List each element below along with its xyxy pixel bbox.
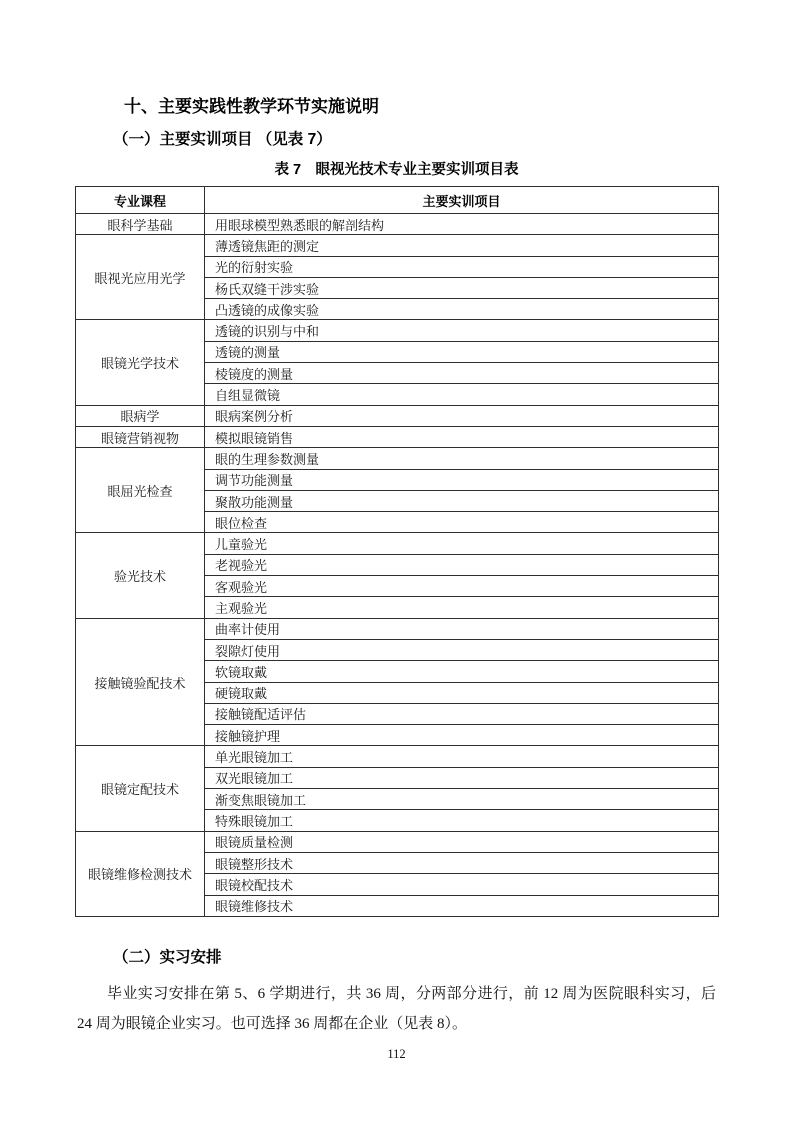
project-cell: 老视验光 [205, 554, 719, 575]
subsection-heading-internship: （二）实习安排 [113, 947, 793, 969]
table-row: 接触镜验配技术曲率计使用 [76, 618, 719, 639]
course-cell: 眼病学 [76, 405, 205, 426]
document-page: 十、主要实践性教学环节实施说明 （一）主要实训项目 （见表 7） 表 7 眼视光… [0, 0, 793, 1122]
table-row: 眼屈光检查眼的生理参数测量 [76, 448, 719, 469]
section-heading: 十、主要实践性教学环节实施说明 [124, 95, 793, 118]
column-header-course: 专业课程 [76, 187, 205, 214]
page-number: 112 [0, 1047, 793, 1062]
subsection-heading-training-projects: （一）主要实训项目 （见表 7） [113, 129, 793, 151]
project-cell: 模拟眼镜销售 [205, 426, 719, 447]
table-row: 验光技术儿童验光 [76, 533, 719, 554]
project-cell: 聚散功能测量 [205, 490, 719, 511]
table-header-row: 专业课程 主要实训项目 [76, 187, 719, 214]
course-cell: 眼镜维修检测技术 [76, 831, 205, 916]
project-cell: 用眼球模型熟悉眼的解剖结构 [205, 214, 719, 235]
course-cell: 眼镜营销视物 [76, 426, 205, 447]
project-cell: 棱镜度的测量 [205, 363, 719, 384]
project-cell: 眼镜维修技术 [205, 895, 719, 916]
table-row: 眼视光应用光学薄透镜焦距的测定 [76, 235, 719, 256]
project-cell: 凸透镜的成像实验 [205, 299, 719, 320]
project-cell: 眼的生理参数测量 [205, 448, 719, 469]
course-cell: 眼镜定配技术 [76, 746, 205, 831]
course-cell: 接触镜验配技术 [76, 618, 205, 746]
table-caption: 表 7 眼视光技术专业主要实训项目表 [0, 160, 793, 180]
project-cell: 调节功能测量 [205, 469, 719, 490]
project-cell: 眼镜整形技术 [205, 852, 719, 873]
project-cell: 光的衍射实验 [205, 256, 719, 277]
project-cell: 透镜的识别与中和 [205, 320, 719, 341]
course-cell: 验光技术 [76, 533, 205, 618]
project-cell: 眼镜质量检测 [205, 831, 719, 852]
project-cell: 曲率计使用 [205, 618, 719, 639]
course-cell: 眼视光应用光学 [76, 235, 205, 320]
table-row: 眼镜维修检测技术眼镜质量检测 [76, 831, 719, 852]
project-cell: 主观验光 [205, 597, 719, 618]
table-row: 眼镜光学技术透镜的识别与中和 [76, 320, 719, 341]
project-cell: 薄透镜焦距的测定 [205, 235, 719, 256]
course-cell: 眼科学基础 [76, 214, 205, 235]
course-cell: 眼屈光检查 [76, 448, 205, 533]
project-cell: 接触镜配适评估 [205, 703, 719, 724]
project-cell: 杨氏双缝干涉实验 [205, 277, 719, 298]
table-row: 眼科学基础用眼球模型熟悉眼的解剖结构 [76, 214, 719, 235]
table-row: 眼镜定配技术单光眼镜加工 [76, 746, 719, 767]
project-cell: 客观验光 [205, 576, 719, 597]
project-cell: 眼病案例分析 [205, 405, 719, 426]
project-cell: 儿童验光 [205, 533, 719, 554]
project-cell: 软镜取戴 [205, 661, 719, 682]
project-cell: 裂隙灯使用 [205, 639, 719, 660]
table-row: 眼病学眼病案例分析 [76, 405, 719, 426]
training-table-body: 眼科学基础用眼球模型熟悉眼的解剖结构眼视光应用光学薄透镜焦距的测定光的衍射实验杨… [76, 214, 719, 917]
project-cell: 自组显微镜 [205, 384, 719, 405]
column-header-project: 主要实训项目 [205, 187, 719, 214]
project-cell: 透镜的测量 [205, 341, 719, 362]
project-cell: 特殊眼镜加工 [205, 810, 719, 831]
project-cell: 渐变焦眼镜加工 [205, 789, 719, 810]
project-cell: 眼位检查 [205, 512, 719, 533]
project-cell: 硬镜取戴 [205, 682, 719, 703]
training-projects-table: 专业课程 主要实训项目 眼科学基础用眼球模型熟悉眼的解剖结构眼视光应用光学薄透镜… [75, 186, 719, 917]
project-cell: 双光眼镜加工 [205, 767, 719, 788]
project-cell: 眼镜校配技术 [205, 874, 719, 895]
project-cell: 接触镜护理 [205, 725, 719, 746]
internship-paragraph: 毕业实习安排在第 5、6 学期进行，共 36 周，分两部分进行，前 12 周为医… [77, 979, 716, 1039]
project-cell: 单光眼镜加工 [205, 746, 719, 767]
course-cell: 眼镜光学技术 [76, 320, 205, 405]
table-row: 眼镜营销视物模拟眼镜销售 [76, 426, 719, 447]
